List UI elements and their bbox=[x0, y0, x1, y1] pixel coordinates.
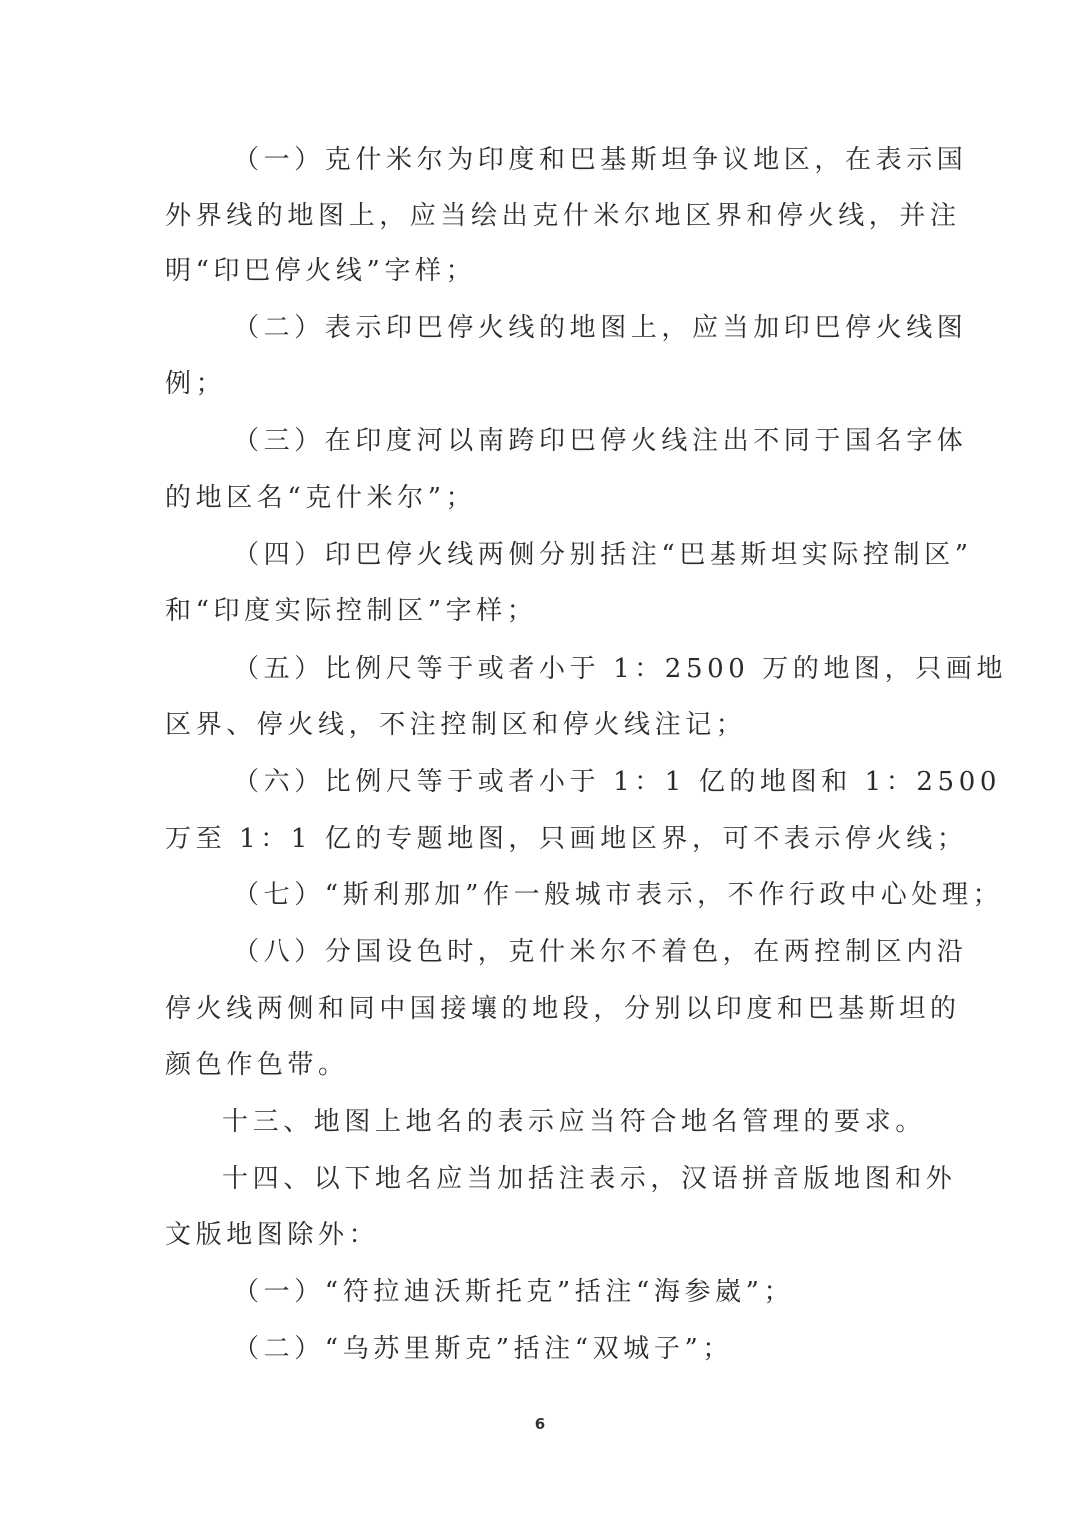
text-line: 外界线的地图上，应当绘出克什米尔地区界和停火线，并注 bbox=[165, 199, 917, 233]
text-line: 十四、以下地名应当加括注表示，汉语拼音版地图和外 bbox=[222, 1162, 917, 1196]
text-line: 和“印度实际控制区”字样； bbox=[165, 594, 917, 628]
text-line: （六）比例尺等于或者小于 1：1 亿的地图和 1：2500 bbox=[233, 765, 917, 799]
text-line: （七）“斯利那加”作一般城市表示，不作行政中心处理； bbox=[233, 878, 917, 912]
text-line: 停火线两侧和同中国接壤的地段，分别以印度和巴基斯坦的 bbox=[165, 992, 917, 1026]
text-line: 明“印巴停火线”字样； bbox=[165, 254, 917, 288]
text-line: （八）分国设色时，克什米尔不着色，在两控制区内沿 bbox=[233, 935, 917, 969]
text-line: 例； bbox=[165, 367, 917, 401]
document-page: （一）克什米尔为印度和巴基斯坦争议地区，在表示国外界线的地图上，应当绘出克什米尔… bbox=[0, 0, 1080, 1527]
text-line: 的地区名“克什米尔”； bbox=[165, 481, 917, 515]
text-line: （五）比例尺等于或者小于 1：2500 万的地图，只画地 bbox=[233, 652, 917, 686]
text-line: （一）“符拉迪沃斯托克”括注“海参崴”； bbox=[233, 1275, 917, 1309]
text-line: （四）印巴停火线两侧分别括注“巴基斯坦实际控制区” bbox=[233, 538, 917, 572]
text-line: 文版地图除外： bbox=[165, 1218, 917, 1252]
page-number: 6 bbox=[0, 1415, 1080, 1433]
text-line: （一）克什米尔为印度和巴基斯坦争议地区，在表示国 bbox=[233, 143, 917, 177]
text-line: 颜色作色带。 bbox=[165, 1048, 917, 1082]
text-line: （三）在印度河以南跨印巴停火线注出不同于国名字体 bbox=[233, 424, 917, 458]
text-line: 区界、停火线，不注控制区和停火线注记； bbox=[165, 708, 917, 742]
text-line: （二）表示印巴停火线的地图上，应当加印巴停火线图 bbox=[233, 311, 917, 345]
text-line: （二）“乌苏里斯克”括注“双城子”； bbox=[233, 1332, 917, 1366]
text-line: 万至 1：1 亿的专题地图，只画地区界，可不表示停火线； bbox=[165, 822, 917, 856]
text-line: 十三、地图上地名的表示应当符合地名管理的要求。 bbox=[222, 1105, 917, 1139]
